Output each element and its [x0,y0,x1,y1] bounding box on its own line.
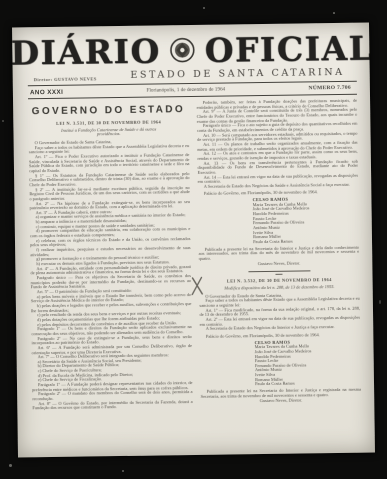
law1-subtitle: Institui a Fundação Catarinense de Saúde… [51,127,167,138]
masthead-word-diario: DIÁRIO [12,34,161,70]
director-signature-2: Gustavo Neves, Diretor. [201,398,362,405]
masthead-word-oficial: OFICIAL [204,31,373,67]
law-paragraph: A Secretaria de Estado dos Negócios do I… [200,325,361,332]
law1-body-continued: Poderão, também, ser feitas à Fundação d… [197,99,359,190]
law2-subtitle: Modifica dispositivo da lei n. 288, de 1… [222,285,338,291]
scan-speck [379,300,381,304]
masthead: DIÁRIO OFICIAL Diretor: GUSTAVO NEVES ES… [27,32,357,100]
law2-body: O Governador do Estado de Santa Catarina… [199,292,360,331]
scan-speck [333,12,335,14]
divider-line [248,271,310,273]
state-subtitle: ESTADO DE SANTA CATARINA [130,67,352,81]
scan-speck [203,7,205,9]
section-divider [199,270,360,276]
edition-year: ANO XXXI [30,88,63,95]
right-column: Poderão, também, ser feitas à Fundação d… [197,99,362,447]
publication-note: Publicada a presente lei na Secretaria d… [199,245,360,261]
masthead-title: DIÁRIO OFICIAL [27,32,356,71]
scan-speck [122,470,124,472]
edition-date: Florianópolis, 1 de dezembro de 1964 [146,87,225,94]
body-columns: GOVERNO DO ESTADO LEI N. 3.531, DE 30 DE… [28,99,362,450]
gazette-page: DIÁRIO OFICIAL Diretor: GUSTAVO NEVES ES… [12,23,375,458]
pen-x-mark-icon [190,276,203,298]
scan-speck [9,464,12,467]
director-signature: Gustavo Neves, Diretor. [199,260,360,267]
law-paragraph: Art. 8º — O Govêrno do Estado, por inter… [32,400,193,412]
edition-number: NÚMERO 7.706 [308,85,350,92]
coat-of-arms-icon [169,36,195,67]
law1-body: O Governador do Estado de Santa Catarina… [29,139,193,411]
scan-speck [2,120,4,122]
left-column: GOVERNO DO ESTADO LEI N. 3.531, DE 30 DE… [28,101,193,449]
law1-heading: LEI N. 3.531, DE 30 DE NOVEMBRO DE 1964 [28,120,189,127]
law-paragraph: A Secretaria de Estado dos Negócios da S… [198,183,359,190]
palace-dateline-2: Palácio do Govêrno, em Florianópolis, 30… [200,333,361,340]
signature-block: CELSO RAMOSMaria Tavares da Cunha MelloJ… [252,197,359,245]
divider-tick [276,274,283,275]
section-title: GOVERNO DO ESTADO [28,104,189,117]
signature-block-2: CELSO RAMOSMaria Tavares da Cunha MelloJ… [254,339,361,387]
director-line: Diretor: GUSTAVO NEVES [34,76,97,82]
